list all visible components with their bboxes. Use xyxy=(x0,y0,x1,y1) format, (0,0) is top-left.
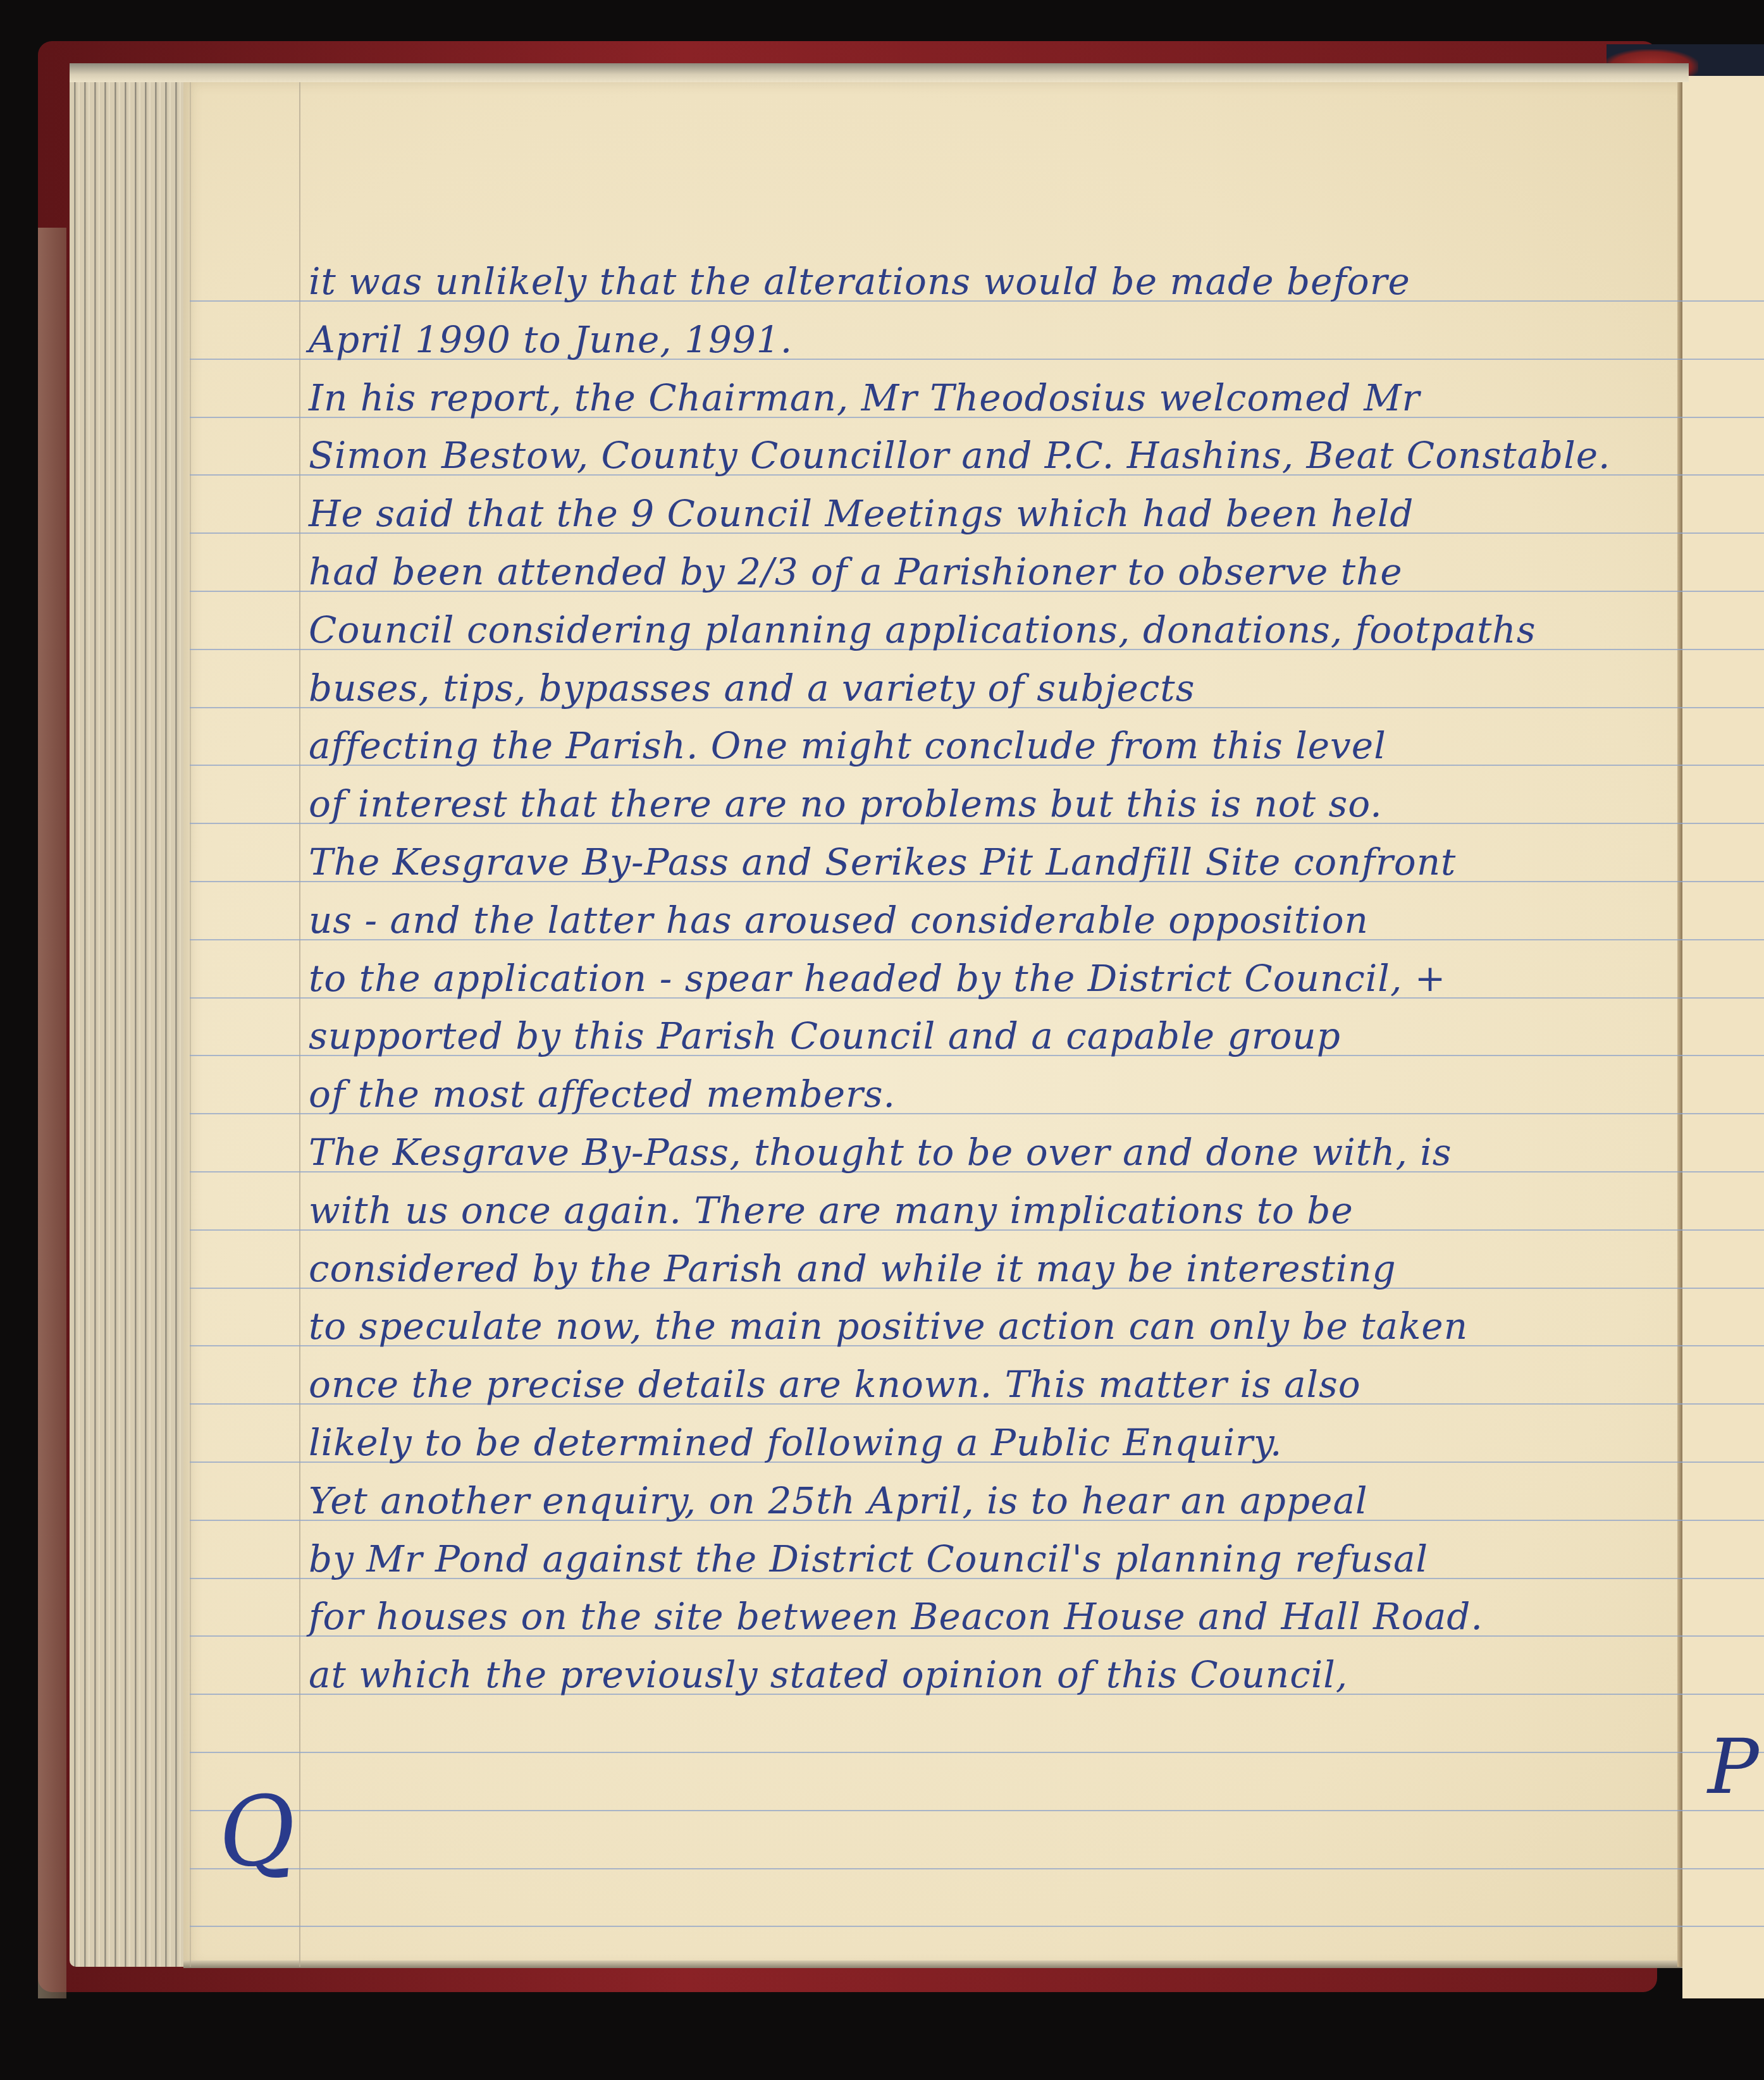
text-line: to speculate now, the main positive acti… xyxy=(309,1298,1675,1356)
text-line: by Mr Pond against the District Council'… xyxy=(309,1530,1675,1589)
text-line: once the precise details are known. This… xyxy=(309,1356,1675,1414)
worn-cover-edge xyxy=(38,228,66,1998)
outer-margin-rule xyxy=(190,82,191,1967)
text-line: to the application - spear headed by the… xyxy=(309,950,1675,1008)
page-stack-edges xyxy=(70,63,196,1967)
text-line: considered by the Parish and while it ma… xyxy=(309,1240,1675,1298)
ruled-line xyxy=(190,1926,1764,1927)
text-line: In his report, the Chairman, Mr Theodosi… xyxy=(309,369,1675,428)
handwritten-text: it was unlikely that the alterations wou… xyxy=(309,253,1675,1704)
text-line: buses, tips, bypasses and a variety of s… xyxy=(309,660,1675,718)
text-line: Simon Bestow, County Councillor and P.C.… xyxy=(309,427,1675,485)
text-line: had been attended by 2/3 of a Parishione… xyxy=(309,543,1675,601)
text-line: of interest that there are no problems b… xyxy=(309,775,1675,834)
text-line: The Kesgrave By-Pass, thought to be over… xyxy=(309,1124,1675,1182)
text-line: supported by this Parish Council and a c… xyxy=(309,1007,1675,1066)
text-line: likely to be determined following a Publ… xyxy=(309,1414,1675,1472)
ruled-line xyxy=(190,1868,1764,1869)
margin-rule xyxy=(299,82,300,1967)
page-bottom-edge xyxy=(183,1960,1682,1968)
text-line: at which the previously stated opinion o… xyxy=(309,1646,1675,1704)
margin-initials-annotation: Q xyxy=(213,1773,301,1891)
text-line: us - and the latter has aroused consider… xyxy=(309,892,1675,950)
facing-page-initials: P xyxy=(1708,1723,1759,1811)
ruled-line xyxy=(190,1752,1764,1753)
text-line: affecting the Parish. One might conclude… xyxy=(309,717,1675,775)
book-gutter xyxy=(1677,82,1682,1967)
text-line: April 1990 to June, 1991. xyxy=(309,311,1675,369)
text-line: of the most affected members. xyxy=(309,1066,1675,1124)
text-line: The Kesgrave By-Pass and Serikes Pit Lan… xyxy=(309,834,1675,892)
ruled-line xyxy=(190,1810,1764,1811)
text-line: Council considering planning application… xyxy=(309,601,1675,660)
text-line: Yet another enquiry, on 25th April, is t… xyxy=(309,1472,1675,1530)
text-line: with us once again. There are many impli… xyxy=(309,1182,1675,1240)
page-stack-top xyxy=(70,63,1689,82)
text-line: for houses on the site between Beacon Ho… xyxy=(309,1588,1675,1646)
text-line: He said that the 9 Council Meetings whic… xyxy=(309,485,1675,543)
text-line: it was unlikely that the alterations wou… xyxy=(309,253,1675,311)
facing-page xyxy=(1682,76,1764,1998)
